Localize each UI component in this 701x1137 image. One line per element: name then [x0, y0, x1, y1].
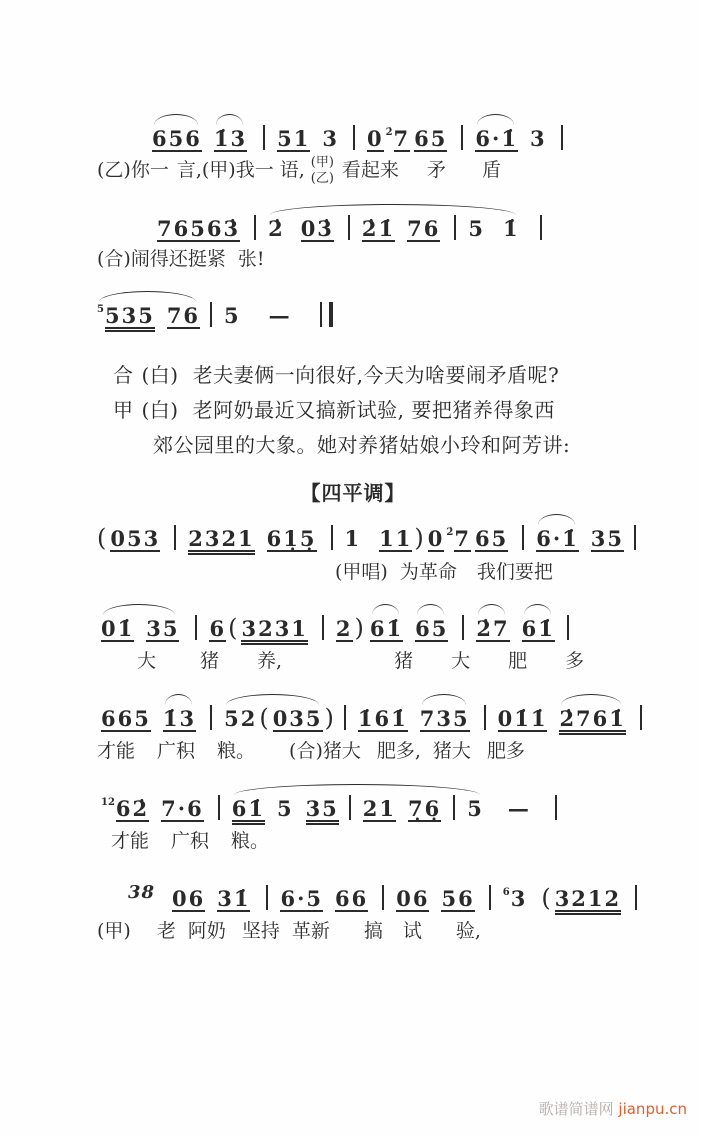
- barline: [635, 885, 637, 910]
- final-barline: [320, 302, 333, 327]
- barline: [567, 615, 569, 640]
- lyrics-row: (甲唱)为革命我们要把: [335, 558, 609, 586]
- note-group: 61̣5̣: [267, 527, 317, 552]
- note-group: 5: [277, 797, 294, 820]
- lyric-segment: 为革命: [400, 559, 457, 587]
- note-group: 56: [441, 887, 474, 912]
- score-content: 6561̇351302̇7656·1̇3(乙)你一言,(甲)我一语,(甲)(乙)…: [97, 112, 609, 962]
- slur-arc: [103, 604, 175, 615]
- note-group: (: [541, 885, 552, 911]
- slur-arc: [270, 204, 516, 215]
- slur-arc: [417, 604, 444, 615]
- lyrics-row: 才能广积粮。(合)猪大肥多,猪大肥多: [97, 738, 609, 766]
- note-group: 735: [420, 707, 470, 732]
- grace-note: 6: [503, 887, 510, 898]
- note-group: 31̇: [217, 887, 250, 912]
- note-group: 7̣6̣: [408, 797, 441, 822]
- music-line: 01̇356(32312)61̇652̇761̇大猪养,猪大肥多: [97, 602, 609, 676]
- grace-note: 2̇: [386, 127, 393, 138]
- dialogue-speaker: 合: [113, 358, 134, 393]
- barline: [349, 795, 351, 820]
- note-group: 5: [467, 797, 484, 820]
- note-group: 66: [335, 887, 368, 912]
- note-group: 1̇61̇: [358, 707, 408, 732]
- barline: [266, 885, 268, 910]
- note-group: 03̇: [301, 217, 334, 242]
- watermark-link[interactable]: jianpu.cn: [618, 1100, 687, 1118]
- music-line: 5535765—: [97, 289, 609, 332]
- lyrics-row: 大猪养,猪大肥多: [137, 648, 609, 676]
- grace-note: 5: [97, 304, 104, 315]
- note-group: 65: [414, 127, 447, 152]
- lyric-segment: 阿奶: [188, 918, 226, 946]
- lyric-segment: 猪: [394, 648, 413, 676]
- page-number: 38: [128, 882, 155, 903]
- barline: [461, 125, 463, 150]
- barline: [462, 615, 464, 640]
- barline: [453, 795, 455, 820]
- note-group: 5535: [97, 304, 155, 332]
- lyric-segment: (合)闹得还挺紧: [97, 246, 226, 274]
- barline: [331, 525, 333, 550]
- lyrics-row: (乙)你一言,(甲)我一语,(甲)(乙)看起来矛盾: [97, 155, 609, 186]
- lyric-segment: 矛: [427, 157, 446, 185]
- note-group: 1̇: [503, 217, 520, 240]
- music-line: (053232161̣5̣111)02̇7656·1̇35(甲唱)为革命我们要把: [97, 512, 609, 586]
- barline: [540, 215, 542, 240]
- slur-arc: [422, 694, 466, 705]
- lyric-segment: (甲唱): [335, 559, 388, 587]
- note-group: 2321: [188, 527, 254, 555]
- barline: [210, 705, 212, 730]
- grace-note: 2̇: [446, 527, 453, 538]
- slur-arc: [524, 604, 551, 615]
- lyric-segment: 猪: [200, 648, 219, 676]
- note-group: 76563̇: [157, 217, 240, 242]
- note-group: —: [269, 304, 290, 327]
- barline: [555, 795, 557, 820]
- slur-arc: [561, 694, 621, 705]
- watermark: 歌谱简谱网 jianpu.cn: [539, 1098, 687, 1119]
- lyric-segment: 坚持: [242, 918, 280, 946]
- slur-arc: [372, 604, 399, 615]
- watermark-site-name: 歌谱简谱网: [539, 1100, 614, 1118]
- sipingdiao-score: (053232161̣5̣111)02̇7656·1̇35(甲唱)为革命我们要把…: [97, 512, 609, 945]
- note-group: 1: [345, 527, 362, 550]
- lyric-segment: 看起来: [342, 157, 399, 185]
- notation-row: 6651̇352(035)1̇61̇73501̇1̇2̇761̇: [101, 692, 609, 735]
- barline: [195, 615, 197, 640]
- barline: [454, 215, 456, 240]
- notation-row: 1262̇7·661̇535217̣6̣5—: [101, 782, 609, 825]
- lyric-segment: 肥多,: [377, 738, 421, 766]
- spoken-dialogue-block: 合(白)老夫妻俩一向很好,今天为啥要闹矛盾呢?甲(白)老阿奶最近又搞新试验, 要…: [113, 358, 609, 463]
- note-group: (: [228, 615, 239, 641]
- barline: [218, 795, 220, 820]
- barline: [353, 125, 355, 150]
- barline: [382, 885, 384, 910]
- stacked-speaker-labels: (甲)(乙): [311, 155, 334, 186]
- note-group: 65: [415, 617, 448, 642]
- lyric-segment: 我们要把: [477, 559, 553, 587]
- dialogue-mode: (白): [142, 358, 179, 393]
- note-group: 76: [167, 304, 200, 329]
- lyric-segment: 广积: [157, 738, 195, 766]
- barline: [484, 705, 486, 730]
- note-group: 665: [101, 707, 151, 732]
- barline: [344, 705, 346, 730]
- grace-note: 12: [101, 797, 115, 808]
- barline: [634, 525, 636, 550]
- opening-score: 6561̇351302̇7656·1̇3(乙)你一言,(甲)我一语,(甲)(乙)…: [97, 112, 609, 332]
- slur-arc: [226, 694, 319, 705]
- barline: [210, 302, 212, 327]
- tune-name-header: 【四平调】: [97, 477, 609, 506]
- note-group: 7·6: [161, 797, 204, 822]
- note-group: 035: [273, 707, 323, 732]
- note-group: 6·5: [280, 887, 323, 912]
- note-group: 2: [336, 617, 353, 642]
- barline: [640, 705, 642, 730]
- note-group: 3231: [241, 617, 307, 645]
- lyric-segment: 革新: [292, 918, 330, 946]
- lyric-segment: 验,: [456, 918, 481, 946]
- dialogue-speaker: 甲: [113, 393, 134, 428]
- dialogue-line: 郊公园里的大象。她对养猪姑娘小玲和阿芳讲:: [153, 428, 609, 463]
- notation-row: 5535765—: [97, 289, 609, 332]
- note-group: ): [325, 705, 336, 731]
- lyric-segment: 大: [451, 648, 470, 676]
- note-group: 2̇7: [446, 527, 471, 552]
- note-group: —: [508, 797, 529, 820]
- note-group: 65: [475, 527, 508, 552]
- note-group: 21: [363, 797, 396, 822]
- lyric-segment: 言,(甲)我一: [177, 157, 274, 185]
- lyric-segment: 张!: [238, 246, 265, 274]
- lyric-segment: 大: [137, 648, 156, 676]
- lyric-segment: 才能: [111, 828, 149, 856]
- notation-row: 01̇356(32312)61̇652̇761̇: [101, 602, 609, 645]
- note-group: ): [414, 525, 425, 551]
- note-group: 52: [224, 707, 257, 730]
- note-group: 2̇: [268, 217, 285, 240]
- note-group: 6·1̇: [475, 127, 518, 152]
- music-line: 6651̇352(035)1̇61̇73501̇1̇2̇761̇才能广积粮。(合…: [97, 692, 609, 766]
- lyric-segment: 猪大: [433, 738, 471, 766]
- note-group: 1262̇: [101, 797, 149, 822]
- note-group: 76: [407, 217, 440, 242]
- music-line: 1262̇7·661̇535217̣6̣5—才能广积粮。: [97, 782, 609, 856]
- dialogue-line: 甲(白)老阿奶最近又搞新试验, 要把猪养得象西: [113, 393, 609, 428]
- note-group: 35: [146, 617, 179, 642]
- dialogue-line: 合(白)老夫妻俩一向很好,今天为啥要闹矛盾呢?: [113, 358, 609, 393]
- notation-row: 6561̇351302̇7656·1̇3: [152, 112, 609, 152]
- lyric-segment: 才能: [97, 738, 135, 766]
- note-group: 61̇: [232, 797, 265, 825]
- dialogue-text: 老阿奶最近又搞新试验, 要把猪养得象西: [193, 398, 555, 422]
- lyric-segment: 盾: [482, 157, 501, 185]
- lyric-segment: 搞: [364, 918, 383, 946]
- note-group: 5: [224, 304, 241, 327]
- note-group: 01̇: [101, 617, 134, 642]
- note-group: 6·1̇: [536, 527, 579, 552]
- barline: [522, 525, 524, 550]
- barline: [254, 215, 256, 240]
- lyric-segment: 试: [403, 918, 422, 946]
- lyric-segment: 广积: [171, 828, 209, 856]
- lyric-segment: 肥多: [487, 738, 525, 766]
- note-group: 3: [322, 127, 339, 150]
- note-group: 5: [468, 217, 485, 240]
- note-group: 1̇3: [214, 127, 247, 152]
- sheet-music-page: 6561̇351302̇7656·1̇3(乙)你一言,(甲)我一语,(甲)(乙)…: [0, 0, 701, 1137]
- note-group: 61̇: [522, 617, 555, 642]
- lyric-segment: (甲): [97, 918, 131, 946]
- dialogue-text: 郊公园里的大象。她对养猪姑娘小玲和阿芳讲:: [153, 433, 570, 457]
- lyric-segment: 粮。: [231, 828, 269, 856]
- slur-arc: [99, 291, 196, 302]
- lyrics-row: 才能广积粮。: [111, 828, 609, 856]
- barline: [561, 125, 563, 150]
- note-group: 06: [172, 887, 205, 912]
- note-group: 01̇1̇: [498, 707, 548, 732]
- note-group: 0: [428, 527, 445, 552]
- slur-arc: [538, 514, 575, 525]
- lyric-segment: 老: [157, 918, 176, 946]
- note-group: 35: [306, 797, 339, 825]
- dialogue-mode: (白): [142, 393, 179, 428]
- note-group: 61̇: [370, 617, 403, 642]
- note-group: 2̇761̇: [559, 707, 625, 735]
- notation-row: 0631̇6·566065663(3212: [172, 872, 609, 915]
- lyric-segment: 肥: [508, 648, 527, 676]
- music-line: 6561̇351302̇7656·1̇3(乙)你一言,(甲)我一语,(甲)(乙)…: [97, 112, 609, 186]
- lyric-segment: (乙)你一: [97, 157, 169, 185]
- note-group: 51: [277, 127, 310, 152]
- speaker-label: (甲): [311, 155, 334, 171]
- barline: [174, 525, 176, 550]
- lyric-segment: 多: [565, 648, 584, 676]
- note-group: (: [259, 705, 270, 731]
- note-group: 3: [530, 127, 547, 150]
- note-group: 0: [367, 127, 384, 152]
- slur-arc: [478, 604, 505, 615]
- note-group: ): [355, 615, 366, 641]
- note-group: 3212: [555, 887, 621, 915]
- barline: [263, 125, 265, 150]
- note-group: 656: [152, 127, 202, 152]
- music-line: 0631̇6·566065663(3212(甲)老阿奶坚持革新搞试验,: [97, 872, 609, 946]
- lyrics-row: (合)闹得还挺紧张!: [97, 245, 609, 273]
- slur-arc: [216, 114, 243, 125]
- note-group: 06: [396, 887, 429, 912]
- note-group: 63: [503, 887, 528, 910]
- music-line: 76563̇2̇03̇2̇1̇7651̇(合)闹得还挺紧张!: [97, 202, 609, 273]
- note-group: 053: [110, 527, 160, 552]
- lyric-segment: 粮。: [217, 738, 255, 766]
- speaker-label: (乙): [311, 171, 334, 187]
- lyrics-row: (甲)老阿奶坚持革新搞试验,: [97, 918, 609, 946]
- note-group: 2̇1̇: [362, 217, 395, 242]
- dialogue-text: 老夫妻俩一向很好,今天为啥要闹矛盾呢?: [193, 363, 560, 387]
- note-group: 6: [209, 617, 226, 642]
- slur-arc: [154, 114, 198, 125]
- slur-arc: [477, 114, 514, 125]
- notation-row: 76563̇2̇03̇2̇1̇7651̇: [157, 202, 609, 242]
- note-group: 11: [379, 527, 412, 552]
- lyric-segment: 语,: [280, 157, 305, 185]
- note-group: 1̇3: [163, 707, 196, 732]
- barline: [489, 885, 491, 910]
- lyric-segment: (合)猪大: [289, 738, 361, 766]
- note-group: 2̇7: [386, 127, 411, 152]
- lyric-segment: 养,: [257, 648, 282, 676]
- barline: [348, 215, 350, 240]
- note-group: (: [97, 525, 108, 551]
- note-group: 35: [591, 527, 624, 552]
- note-group: 2̇7: [476, 617, 509, 642]
- slur-arc: [165, 694, 192, 705]
- slur-arc: [234, 784, 480, 795]
- notation-row: (053232161̣5̣111)02̇7656·1̇35: [97, 512, 609, 555]
- barline: [322, 615, 324, 640]
